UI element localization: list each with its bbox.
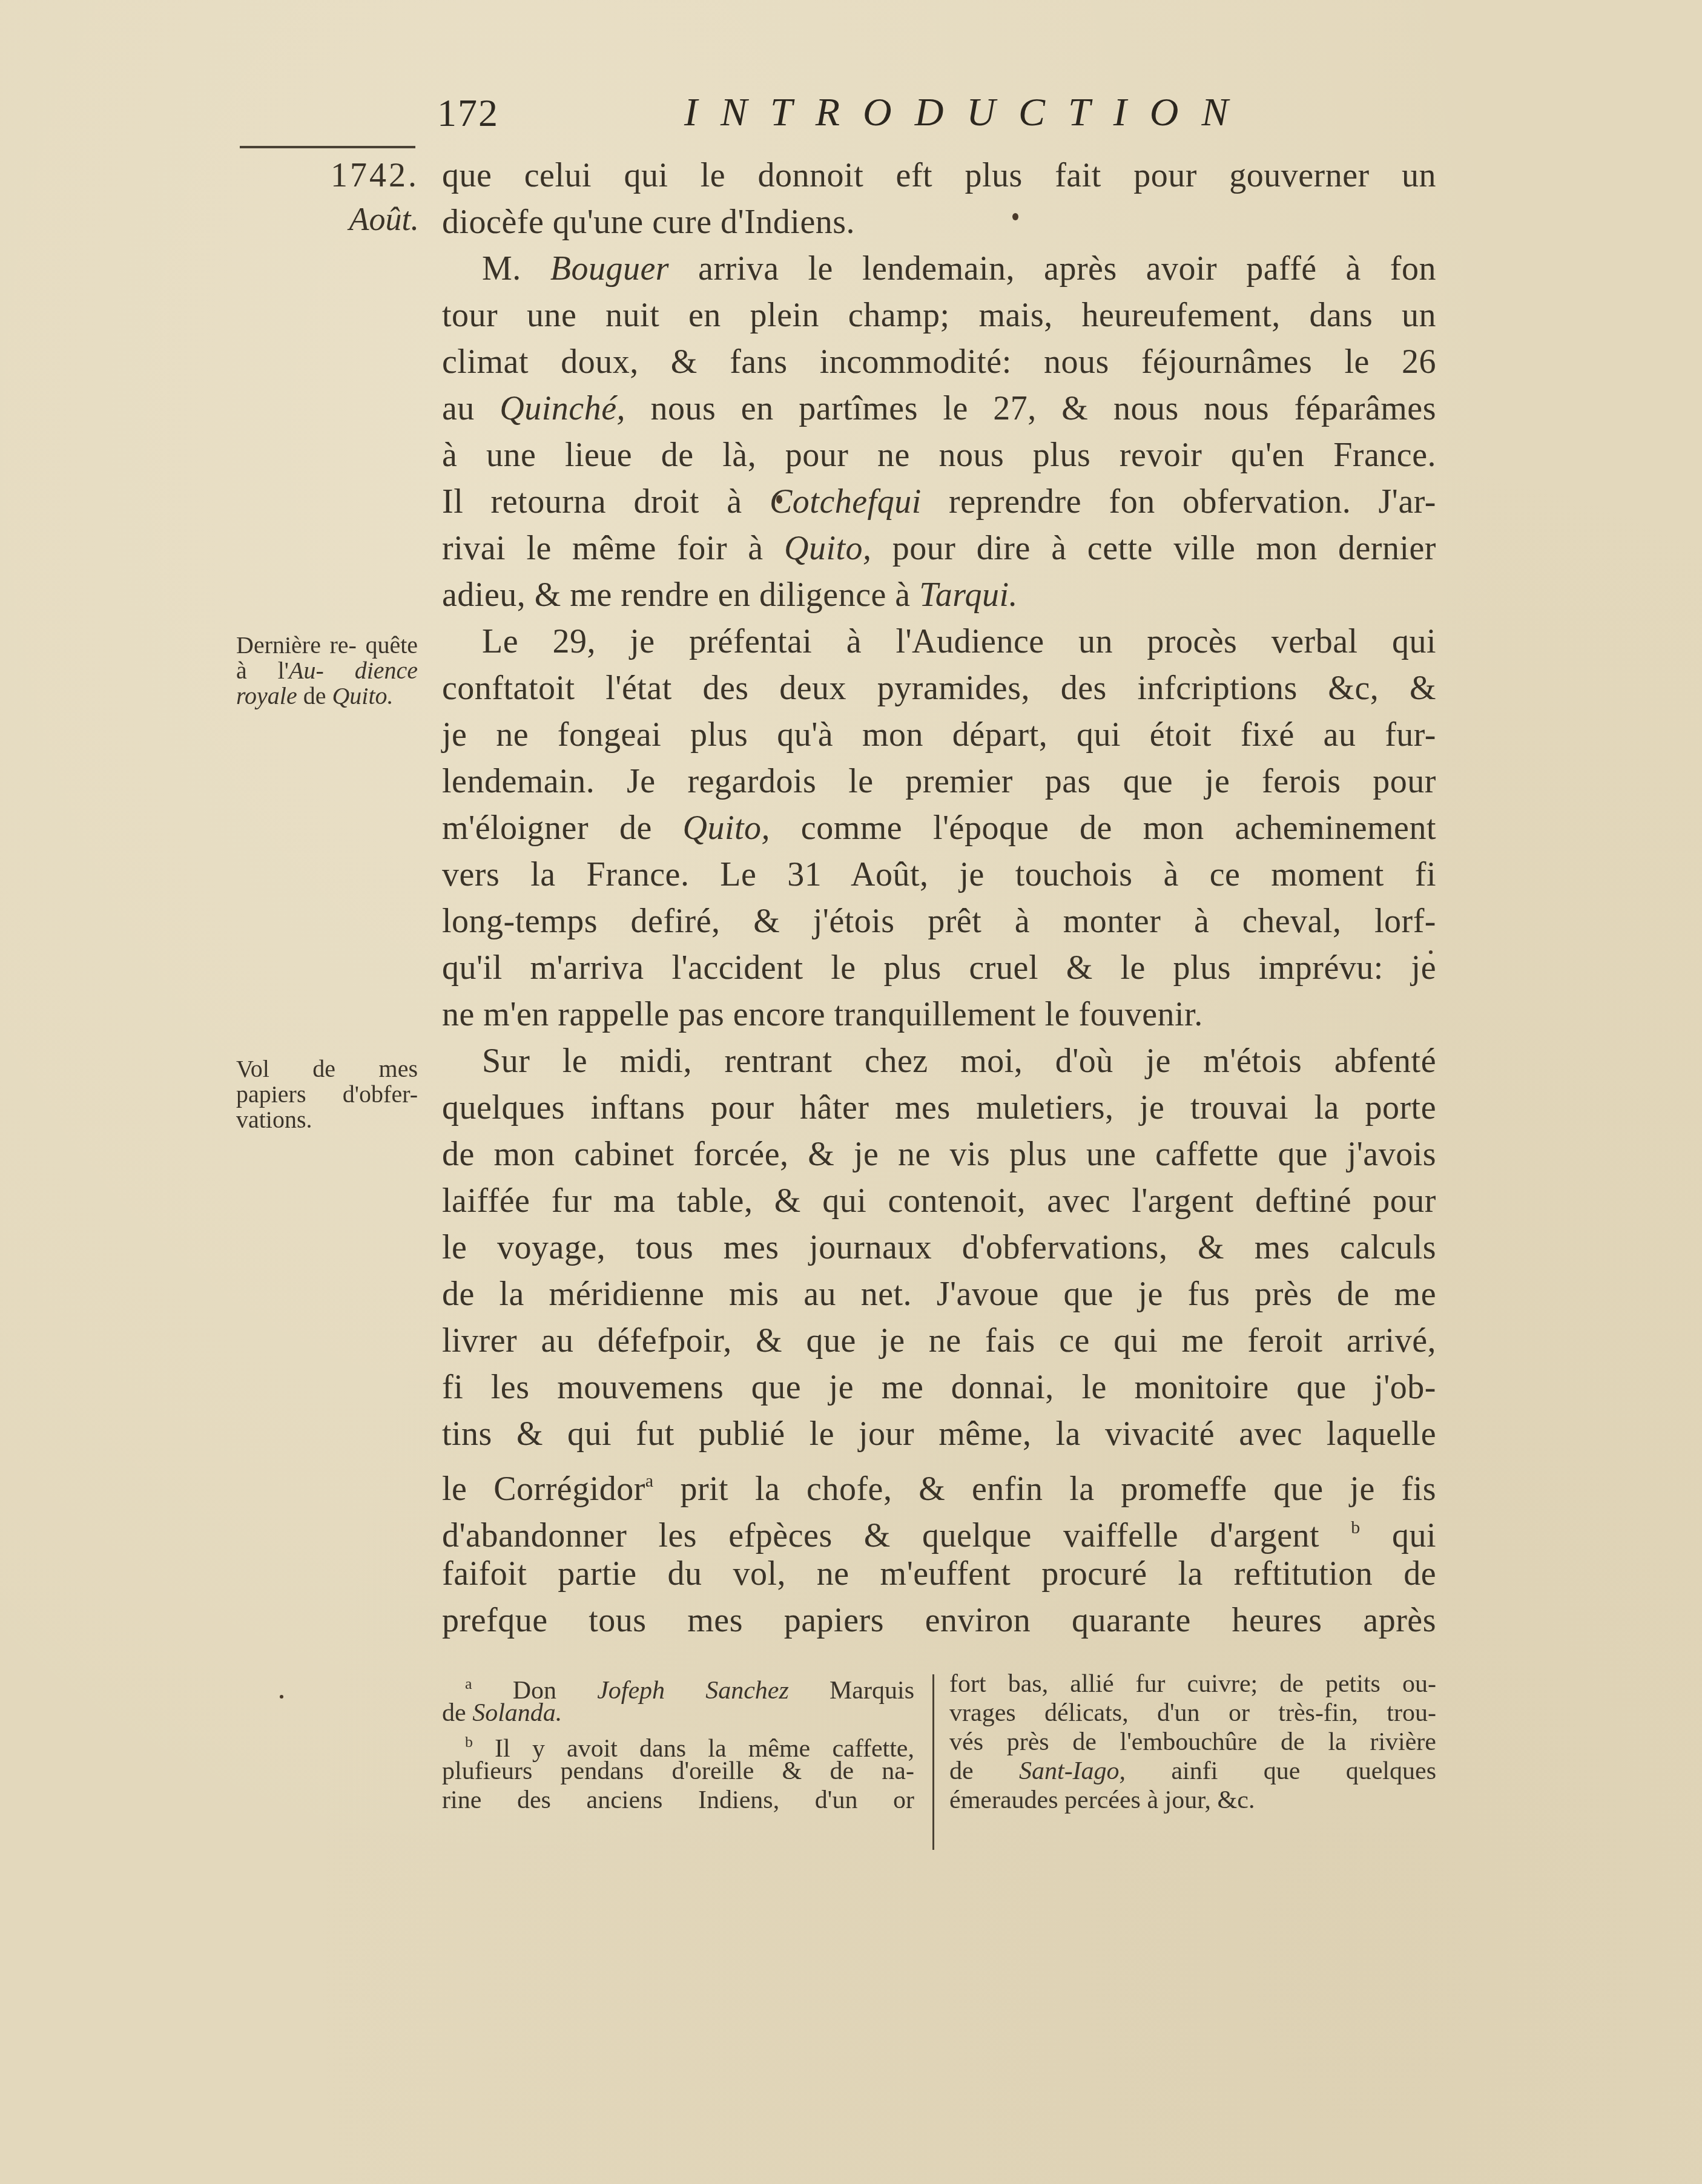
text-run: arriva le lendemain, après avoir paffé à… xyxy=(669,250,1436,288)
text-line: lendemain. Je regardois le premier pas q… xyxy=(442,758,1436,805)
text-line: livrer au défefpoir, & que je ne fais ce… xyxy=(442,1318,1436,1364)
text-run: long-temps defiré, & j'étois prêt à mont… xyxy=(442,903,1436,940)
paper-speck xyxy=(776,495,782,504)
italic-text: Au- xyxy=(289,657,324,684)
text-line: rivai le même foir à Quito, pour dire à … xyxy=(442,525,1436,572)
text-line: conftatoit l'état des deux pyramides, de… xyxy=(442,665,1436,712)
italic-text: Bouguer xyxy=(550,250,669,288)
text-run: qui xyxy=(1361,1517,1436,1554)
text-line: fi les mouvemens que je me donnai, le mo… xyxy=(442,1364,1436,1411)
text-line: adieu, & me rendre en diligence à Tarqui… xyxy=(442,572,1436,619)
text-run: vés près de l'embouchûre de la rivière xyxy=(949,1728,1436,1756)
text-line: de mon cabinet forcée, & je ne vis plus … xyxy=(442,1131,1436,1178)
text-run: émeraudes percées à jour, &c. xyxy=(949,1786,1255,1814)
footnote-marker: a xyxy=(645,1471,654,1491)
text-line: à une lieue de là, pour ne nous plus rev… xyxy=(442,432,1436,479)
text-run: climat doux, & fans incommodité: nous fé… xyxy=(442,343,1436,381)
text-line: tour une nuit en plein champ; mais, heur… xyxy=(442,292,1436,339)
text-line: laiffée fur ma table, & qui contenoit, a… xyxy=(442,1178,1436,1225)
text-line: vés près de l'embouchûre de la rivière xyxy=(949,1728,1436,1757)
text-run: de la méridienne mis au net. J'avoue que… xyxy=(442,1275,1436,1313)
footnote-marker: b xyxy=(1351,1518,1361,1538)
text-run: Il retourna droit à xyxy=(442,483,770,521)
text-run: ne m'en rappelle pas encore tranquilleme… xyxy=(442,996,1203,1033)
text-run: Marquis xyxy=(789,1677,914,1705)
text-run: conftatoit l'état des deux pyramides, de… xyxy=(442,669,1436,707)
text-line: quelques inftans pour hâter mes muletier… xyxy=(442,1085,1436,1131)
text-run: à une lieue de là, pour ne nous plus rev… xyxy=(442,436,1436,474)
margin-month: Août. xyxy=(230,200,419,238)
running-header: 172 INTRODUCTION xyxy=(437,91,1442,139)
text-run: m'éloigner de xyxy=(442,809,683,847)
text-run: rivai le même foir à xyxy=(442,530,784,567)
text-line: m'éloigner de Quito, comme l'époque de m… xyxy=(442,805,1436,852)
text-line: Le 29, je préfentai à l'Audience un proc… xyxy=(442,619,1436,665)
italic-text: Tarqui. xyxy=(919,576,1018,614)
margin-rule xyxy=(240,146,415,148)
text-run: M. xyxy=(482,250,550,288)
text-run: le Corrégidor xyxy=(442,1470,645,1508)
italic-text: Quito, xyxy=(683,809,771,847)
text-line: qu'il m'arriva l'accident le plus cruel … xyxy=(442,945,1436,992)
text-run: quelques inftans pour hâter mes muletier… xyxy=(442,1089,1436,1127)
text-run: adieu, & me rendre en diligence à xyxy=(442,576,919,614)
italic-text: Sant-Iago, xyxy=(1019,1757,1126,1785)
text-run: plufieurs pendans d'oreille & de na- xyxy=(442,1757,914,1785)
text-run: Sur le midi, rentrant chez moi, d'où je … xyxy=(482,1042,1436,1080)
text-line: b Il y avoit dans la même caffette, xyxy=(442,1728,914,1757)
text-line: faifoit partie du vol, ne m'euffent proc… xyxy=(442,1551,1436,1597)
text-line: rine des anciens Indiens, d'un or xyxy=(442,1786,914,1815)
italic-text: Cotchefqui xyxy=(770,483,922,521)
footnote-marker: b xyxy=(465,1733,473,1751)
text-run: comme l'époque de mon acheminement xyxy=(770,809,1436,847)
text-line: de la méridienne mis au net. J'avoue que… xyxy=(442,1271,1436,1318)
italic-text: Quito, xyxy=(784,530,872,567)
footnotes-column-left: a Don Jofeph Sanchez Marquisde Solanda.b… xyxy=(442,1669,914,1815)
footnote-divider xyxy=(932,1674,934,1850)
text-run: prefque tous mes papiers environ quarant… xyxy=(442,1602,1436,1639)
text-run: de xyxy=(949,1757,1019,1785)
text-line: vrages délicats, d'un or très-fin, trou- xyxy=(949,1699,1436,1728)
text-run: prit la chofe, & enfin la promeffe que j… xyxy=(654,1470,1436,1508)
text-run: fort bas, allié fur cuivre; de petits ou… xyxy=(949,1670,1436,1698)
text-run: de xyxy=(442,1699,472,1727)
footnote-marker: a xyxy=(465,1675,472,1692)
text-line: le voyage, tous mes journaux d'obfervati… xyxy=(442,1225,1436,1271)
text-run: de mon cabinet forcée, & je ne vis plus … xyxy=(442,1136,1436,1173)
text-line: que celui qui le donnoit eft plus fait p… xyxy=(442,153,1436,199)
italic-text: Quito. xyxy=(332,682,393,709)
text-line: vers la France. Le 31 Août, je touchois … xyxy=(442,852,1436,898)
running-title: INTRODUCTION xyxy=(684,90,1251,136)
text-run: je ne fongeai plus qu'à mon départ, qui … xyxy=(442,716,1436,754)
text-run: qu'il m'arriva l'accident le plus cruel … xyxy=(442,949,1436,987)
text-run: Le 29, je préfentai à l'Audience un proc… xyxy=(482,623,1436,660)
text-run: reprendre fon obfervation. J'ar- xyxy=(922,483,1436,521)
text-run: nous en partîmes le 27, & nous nous fépa… xyxy=(625,390,1436,427)
side-note-derniere-requete: Dernière re- quête à l'Au- dience royale… xyxy=(236,633,418,709)
text-run: vers la France. Le 31 Août, je touchois … xyxy=(442,856,1436,893)
text-run: rine des anciens Indiens, d'un or xyxy=(442,1786,914,1814)
text-run: le voyage, tous mes journaux d'obfervati… xyxy=(442,1229,1436,1266)
text-line: de Sant-Iago, ainfi que quelques xyxy=(949,1757,1436,1786)
text-line: long-temps defiré, & j'étois prêt à mont… xyxy=(442,898,1436,945)
text-line: ne m'en rappelle pas encore tranquilleme… xyxy=(442,992,1436,1038)
text-line: prefque tous mes papiers environ quarant… xyxy=(442,1597,1436,1644)
italic-text: Jofeph Sanchez xyxy=(597,1677,789,1705)
text-run: ainfi que quelques xyxy=(1126,1757,1436,1785)
text-line: diocèfe qu'une cure d'Indiens. xyxy=(442,199,1436,246)
text-line: d'abandonner les efpèces & quelque vaiff… xyxy=(442,1504,1436,1551)
text-line: climat doux, & fans incommodité: nous fé… xyxy=(442,339,1436,386)
text-line: Il retourna droit à Cotchefqui reprendre… xyxy=(442,479,1436,525)
text-line: fort bas, allié fur cuivre; de petits ou… xyxy=(949,1669,1436,1699)
text-line: le Corrégidora prit la chofe, & enfin la… xyxy=(442,1458,1436,1504)
text-line: émeraudes percées à jour, &c. xyxy=(949,1786,1436,1815)
text-run: lendemain. Je regardois le premier pas q… xyxy=(442,763,1436,800)
paper-speck xyxy=(1012,213,1018,220)
text-run: d'abandonner les efpèces & quelque vaiff… xyxy=(442,1517,1351,1554)
text-run: diocèfe qu'une cure d'Indiens. xyxy=(442,203,855,241)
body-text: que celui qui le donnoit eft plus fait p… xyxy=(442,153,1436,1644)
text-line: tins & qui fut publié le jour même, la v… xyxy=(442,1411,1436,1458)
text-run: tins & qui fut publié le jour même, la v… xyxy=(442,1415,1436,1453)
paper-speck xyxy=(1429,950,1433,954)
footnotes: a Don Jofeph Sanchez Marquisde Solanda.b… xyxy=(442,1669,1436,1851)
text-run: Dernière re- xyxy=(236,631,357,659)
text-run: de xyxy=(297,682,332,709)
text-line: M. Bouguer arriva le lendemain, après av… xyxy=(442,246,1436,292)
text-line: Sur le midi, rentrant chez moi, d'où je … xyxy=(442,1038,1436,1085)
text-run: que celui qui le donnoit eft plus fait p… xyxy=(442,157,1436,194)
text-line: je ne fongeai plus qu'à mon départ, qui … xyxy=(442,712,1436,758)
text-run: vrages délicats, d'un or très-fin, trou- xyxy=(949,1699,1436,1727)
text-run: tour une nuit en plein champ; mais, heur… xyxy=(442,297,1436,334)
text-run: faifoit partie du vol, ne m'euffent proc… xyxy=(442,1555,1436,1593)
text-run: pour dire à cette ville mon dernier xyxy=(872,530,1436,567)
text-run: Vol de mes papiers d'obfer-vations. xyxy=(236,1055,418,1133)
text-line: plufieurs pendans d'oreille & de na- xyxy=(442,1757,914,1786)
italic-text: Solanda. xyxy=(472,1699,562,1727)
text-line: a Don Jofeph Sanchez Marquis xyxy=(442,1669,914,1699)
text-run: livrer au défefpoir, & que je ne fais ce… xyxy=(442,1322,1436,1360)
page-number: 172 xyxy=(437,91,499,136)
text-run: fi les mouvemens que je me donnai, le mo… xyxy=(442,1369,1436,1406)
text-run: au xyxy=(442,390,500,427)
footnotes-column-right: fort bas, allié fur cuivre; de petits ou… xyxy=(949,1669,1436,1815)
italic-text: Quinché, xyxy=(500,390,625,427)
text-run: laiffée fur ma table, & qui contenoit, a… xyxy=(442,1182,1436,1220)
text-line: au Quinché, nous en partîmes le 27, & no… xyxy=(442,386,1436,432)
side-note-vol-papiers: Vol de mes papiers d'obfer-vations. xyxy=(236,1056,418,1133)
margin-year: 1742. xyxy=(230,154,419,197)
paper-speck xyxy=(280,1695,283,1699)
